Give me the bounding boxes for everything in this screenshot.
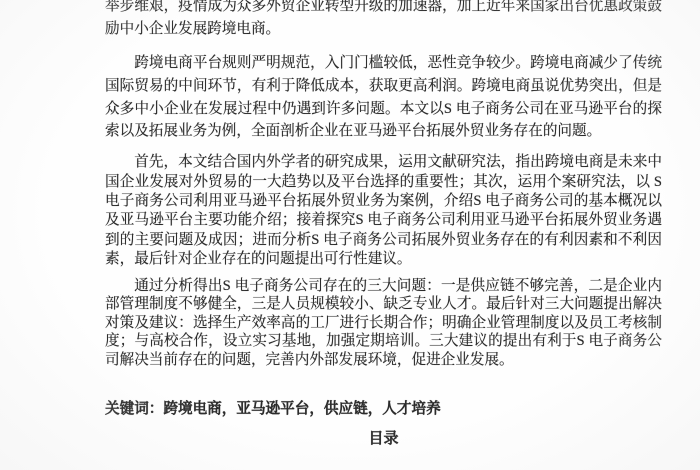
abstract-page: 举步维艰，疫情成为众多外贸企业转型升级的加速器，加上近年来国家出台优惠政策鼓励中… xyxy=(105,0,662,449)
toc-heading: 目录 xyxy=(105,430,662,449)
abstract-paragraph-continuation: 举步维艰，疫情成为众多外贸企业转型升级的加速器，加上近年来国家出台优惠政策鼓励中… xyxy=(105,0,662,41)
keywords-line: 关键词：跨境电商，亚马逊平台，供应链，人才培养 xyxy=(105,400,662,418)
abstract-paragraph-methodology: 首先，本文结合国内外学者的研究成果，运用文献研究法，指出跨境电商是未来中国企业发… xyxy=(105,153,662,269)
abstract-paragraph-platform-overview: 跨境电商平台规则严明规范，入门门槛较低，恶性竞争较少。跨境电商减少了传统国际贸易… xyxy=(105,52,662,143)
abstract-paragraph-findings: 通过分析得出S 电子商务公司存在的三大问题：一是供应链不够完善，二是企业内部管理… xyxy=(105,277,662,370)
